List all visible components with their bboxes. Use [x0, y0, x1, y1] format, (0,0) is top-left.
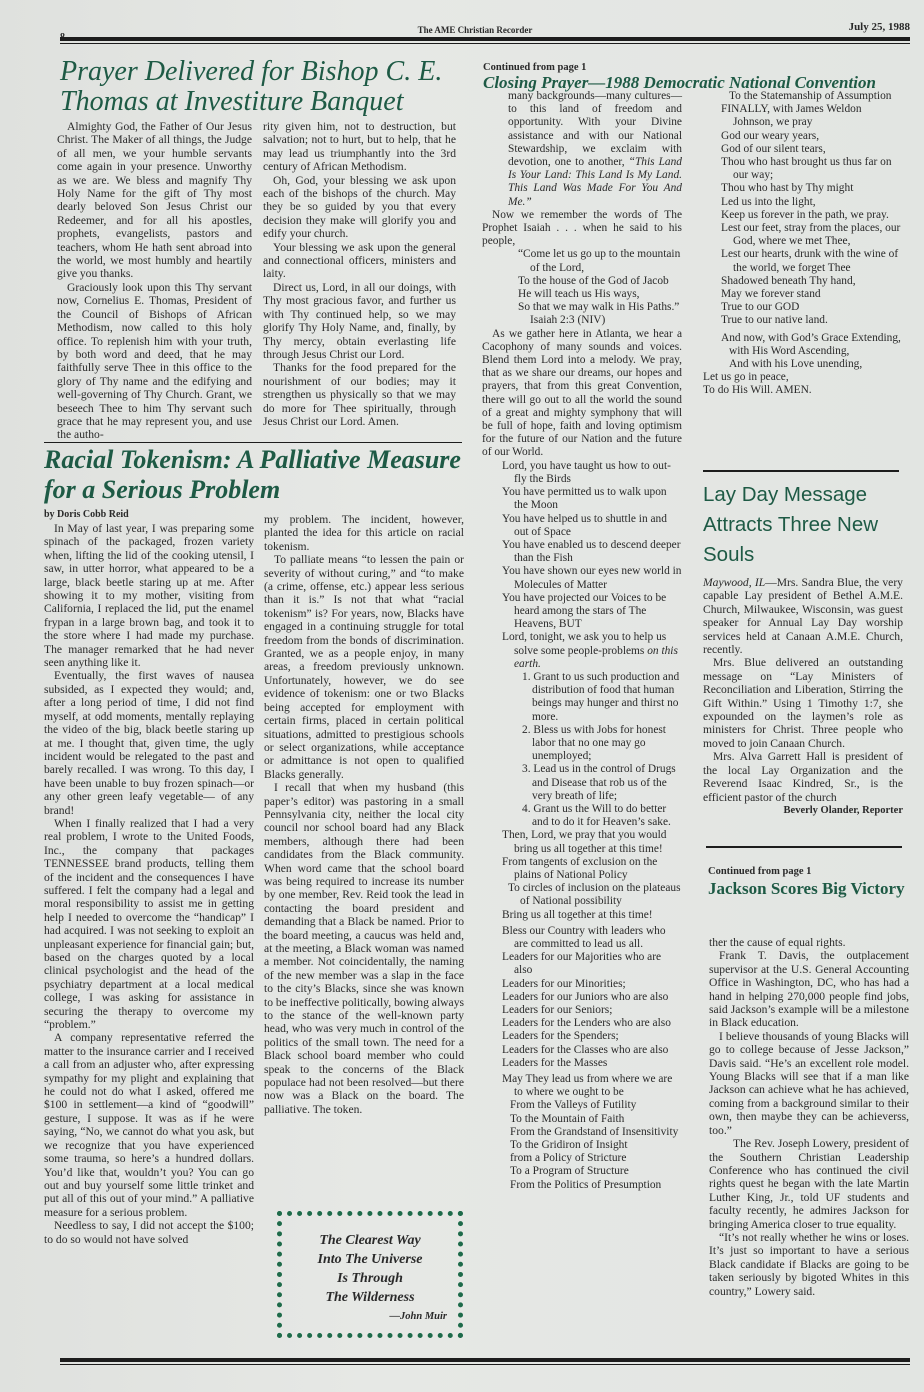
paragraph: ther the cause of equal rights.: [709, 936, 909, 949]
continued-label: Continued from page 1: [708, 866, 908, 877]
paragraph: I believe thousands of young Blacks will…: [709, 1030, 909, 1137]
prayer-headline: Prayer Delivered for Bishop C. E. Thomas…: [60, 57, 460, 117]
footer-rule-thick: [60, 1358, 910, 1362]
paragraph: Frank T. Davis, the outplacement supervi…: [709, 949, 909, 1029]
section-divider: [44, 442, 462, 443]
prayer-column-1: Almighty God, the Father of Our Jesus Ch…: [57, 120, 252, 442]
list-item: 1. Grant to us such production and distr…: [508, 671, 682, 724]
list-item: 2. Bless us with Jobs for honest labor t…: [508, 724, 682, 764]
paragraph: To palliate means “to lessen the pain or…: [264, 553, 464, 781]
isaiah-intro: Now we remember the words of The Prophet…: [482, 209, 682, 249]
numbered-list: 1. Grant to us such production and distr…: [482, 671, 682, 829]
paragraph: rity given him, not to destruction, but …: [263, 120, 456, 174]
paragraph: In May of last year, I was preparing som…: [44, 522, 254, 669]
paragraph: Mrs. Blue delivered an outstanding messa…: [703, 656, 903, 750]
paragraph: Oh, God, your blessing we ask upon each …: [263, 174, 456, 241]
issue-date: July 25, 1988: [849, 21, 910, 33]
header-rule-thick: [60, 37, 910, 41]
newspaper-page: The AME Christian Recorder July 25, 1988…: [0, 0, 924, 1392]
paragraph: Almighty God, the Father of Our Jesus Ch…: [57, 120, 252, 281]
quote-text: The Clearest Way Into The Universe Is Th…: [285, 1231, 455, 1307]
reporter-credit: Beverly Olander, Reporter: [703, 804, 903, 817]
footer-rule-thin: [60, 1364, 910, 1365]
paragraph: The Rev. Joseph Lowery, president of the…: [709, 1137, 909, 1231]
tokenism-column-2: my problem. The incident, however, plant…: [264, 513, 464, 1116]
closing-prayer-column-2: To the Statemanship of Assumption FINALL…: [703, 90, 903, 398]
jackson-headline: Jackson Scores Big Victory: [708, 879, 908, 898]
paragraph: A company representative referred the ma…: [44, 1031, 254, 1219]
lay-day-body: Maywood, IL—Mrs. Sandra Blue, the very c…: [703, 576, 903, 817]
closing-prayer-column-1: many backgrounds—many cultures—to this l…: [482, 90, 682, 1192]
quote-author: —John Muir: [390, 1311, 447, 1322]
jackson-header: Continued from page 1 Jackson Scores Big…: [708, 866, 908, 898]
lay-day-headline: Lay Day Message Attracts Three New Souls: [703, 480, 903, 570]
closing-prayer-header: Continued from page 1 Closing Prayer—198…: [483, 62, 903, 92]
paragraph: Thanks for the food prepared for the nou…: [263, 361, 456, 428]
header-rule-thin: [60, 43, 910, 44]
paragraph: Direct us, Lord, in all our doings, with…: [263, 281, 456, 361]
jackson-body: ther the cause of equal rights. Frank T.…: [709, 936, 909, 1298]
amen-line: To do His Will. AMEN.: [703, 384, 903, 397]
paragraph: Eventually, the first waves of nausea su…: [44, 669, 254, 816]
dateline: Maywood, IL: [703, 576, 765, 589]
tokenism-headline: Racial Tokenism: A Palliative Measure fo…: [44, 445, 464, 505]
paragraph: Your blessing we ask upon the general an…: [263, 241, 456, 281]
publication-name: The AME Christian Recorder: [40, 25, 910, 35]
paragraph: When I finally realized that I had a ver…: [44, 817, 254, 1032]
paragraph: Needless to say, I did not accept the $1…: [44, 1219, 254, 1246]
section-divider: [703, 470, 899, 472]
quote-box: The Clearest Way Into The Universe Is Th…: [277, 1211, 463, 1338]
list-item: 4. Grant us the Will to do better and to…: [508, 803, 682, 829]
atlanta-paragraph: As we gather here in Atlanta, we hear a …: [482, 328, 682, 460]
tokenism-column-1: In May of last year, I was preparing som…: [44, 522, 254, 1246]
continued-label: Continued from page 1: [483, 62, 903, 73]
paragraph: Graciously look upon this Thy servant no…: [57, 281, 252, 442]
paragraph: “It’s not really whether he wins or lose…: [709, 1231, 909, 1298]
list-item: 3. Lead us in the control of Drugs and D…: [508, 763, 682, 803]
paragraph: I recall that when my husband (this pape…: [264, 781, 464, 1116]
byline: by Doris Cobb Reid: [44, 509, 129, 520]
section-divider: [706, 846, 902, 848]
prayer-column-2: rity given him, not to destruction, but …: [263, 120, 456, 428]
paragraph: my problem. The incident, however, plant…: [264, 513, 464, 553]
paragraph: Mrs. Alva Garrett Hall is president of t…: [703, 750, 903, 804]
